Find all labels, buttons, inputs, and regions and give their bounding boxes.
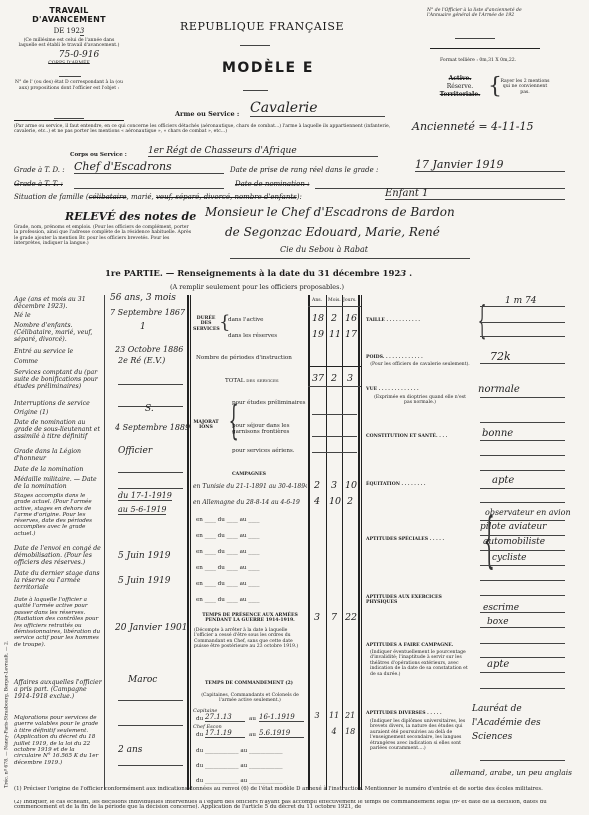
date-nomination-label: Date de nomination : bbox=[235, 180, 309, 188]
commandement-note: (Capitaines, Commandants et Colonels de … bbox=[194, 693, 306, 704]
campagnes-label: CAMPAGNES bbox=[232, 472, 266, 477]
corps-service-value: 1er Régt de Chasseurs d'Afrique bbox=[148, 146, 378, 157]
quitte-active-label: Date à laquelle l'officier a quitté l'ar… bbox=[14, 597, 102, 648]
commandement-row-3: du ____________ au ____________ bbox=[196, 748, 283, 754]
campagne-2-mois: 10 bbox=[329, 496, 339, 507]
arme-note: (Par arme ou service, il faut entendre, … bbox=[14, 124, 414, 135]
presence-title: TEMPS DE PRÉSENCE AUX ARMÉES PENDANT LA … bbox=[194, 613, 306, 624]
republique-title: REPUBLIQUE FRANÇAISE bbox=[180, 20, 344, 33]
col-header-jours: Jours. bbox=[343, 298, 357, 303]
partie-subtitle: (A remplir seulement pour les officiers … bbox=[170, 283, 344, 291]
date-sous-lieutenant-value: 4 Septembre 1889 bbox=[115, 423, 190, 432]
col-header-mois: Mois. bbox=[328, 298, 341, 303]
annuaire-note: N° de l'Officier à la liste d'ancienneté… bbox=[427, 8, 547, 19]
status-territoriale: Territoriale. bbox=[430, 91, 490, 99]
enfants-value: 1 bbox=[140, 322, 146, 332]
aptitudes-campagne-note: (Indiquer éventuellement le pourcentage … bbox=[370, 650, 470, 677]
date-rang-label: Date de prise de rang réel dans le grade… bbox=[230, 166, 378, 174]
famille-value: Enfant 1 bbox=[385, 188, 565, 200]
total-ans: 37 bbox=[312, 373, 322, 384]
dernier-stage-value: 5 Juin 1919 bbox=[118, 576, 170, 586]
vue-value: normale bbox=[478, 384, 520, 395]
aptitude-langues: allemand, arabe, un peu anglais bbox=[450, 768, 572, 777]
ne-le-label: Né le bbox=[14, 312, 102, 319]
majorations-guerre-value: 2 ans bbox=[118, 745, 142, 755]
partie-title: 1re PARTIE. — Renseignements à la date d… bbox=[105, 269, 412, 279]
date-sous-lieutenant-label: Date de nomination au grade de sous-lieu… bbox=[14, 419, 102, 440]
status-block: Active. Réserve. Territoriale. bbox=[430, 75, 490, 99]
stages-du: du 17-1-1919 bbox=[118, 491, 172, 501]
legion-honneur-label: Grade dans la Légion d'honneur bbox=[14, 448, 102, 462]
presence-ans: 3 bbox=[312, 612, 322, 623]
aptitude-speciale-4: cycliste bbox=[492, 553, 526, 563]
duree-active-ans: 18 bbox=[312, 313, 322, 324]
aptitudes-campagne-label: APTITUDES A FAIRE CAMPAGNE. bbox=[366, 643, 453, 648]
vue-label: VUE . . . . . . . . . . . . . bbox=[366, 387, 419, 392]
campagne-2-jours: 2 bbox=[345, 496, 355, 507]
date-rang-value: 17 Janvier 1919 bbox=[415, 158, 565, 172]
corps-number: 75-0-916 bbox=[34, 50, 124, 60]
majoration-frontieres: pour séjour dans les garnisons frontière… bbox=[232, 423, 307, 436]
legion-honneur-value: Officier bbox=[118, 446, 152, 456]
campagne-1-text: en Tunisie du 21-1-1891 au 30-4-1894 bbox=[193, 483, 307, 490]
commandement-title: TEMPS DE COMMANDEMENT (2) bbox=[205, 681, 293, 686]
taille-value: 1 m 74 bbox=[505, 296, 536, 306]
demobilisation-label: Date de l'envoi en congé de démobilisati… bbox=[14, 545, 102, 566]
demobilisation-value: 5 Juin 1919 bbox=[118, 551, 170, 561]
modele-title: MODÈLE E bbox=[222, 60, 314, 76]
total-mois: 2 bbox=[329, 373, 339, 384]
origine-value: S. bbox=[145, 404, 154, 414]
campagne-3-text: en ____ du ____ au ____ bbox=[196, 517, 260, 523]
majorations-guerre-label: Majorations pour services de guerre vala… bbox=[14, 715, 102, 766]
total-label: TOTAL des services bbox=[225, 378, 279, 384]
duree-reserves-jours: 17 bbox=[345, 329, 355, 340]
arme-label: Arme ou Service : bbox=[175, 110, 239, 118]
age-label: Age (ans et mois au 31 décembre 1923). bbox=[14, 296, 102, 310]
grade-td-label: Grade à T. D. : bbox=[14, 166, 65, 174]
aptitudes-diverses-note: (Indiquer les diplômes universitaires, l… bbox=[370, 719, 470, 751]
duree-active-label: dans l'active bbox=[228, 317, 263, 323]
anciennete: Ancienneté = 4-11-15 bbox=[412, 120, 533, 133]
status-reserve: Réserve. bbox=[430, 83, 490, 91]
aptitudes-diverses-label: APTITUDES DIVERSES . . . . . bbox=[366, 711, 442, 716]
constitution-label: CONSTITUTION ET SANTÉ. . . . bbox=[366, 434, 447, 439]
famille-line: Situation de famille (célibataire, marié… bbox=[14, 193, 302, 201]
aptitude-diverse-2: l'Académie des bbox=[472, 718, 541, 728]
age-value: 56 ans, 3 mois bbox=[110, 293, 176, 303]
commandement-row-4: du ____________ au ____________ bbox=[196, 763, 283, 769]
aptitude-speciale-3: automobiliste bbox=[483, 537, 545, 547]
aptitudes-speciales-label: APTITUDES SPÉCIALES . . . . . bbox=[366, 537, 444, 542]
releve-note: Grade, nom, prénoms et emplois. (Pour le… bbox=[14, 225, 194, 247]
affaires-label: Affaires auxquelles l'officier a pris pa… bbox=[14, 679, 102, 700]
campagne-2-ans: 4 bbox=[312, 496, 322, 507]
medaille-label: Médaille militaire. — Date de la nominat… bbox=[14, 476, 102, 490]
date-nomination-lh-label: Date de la nomination bbox=[14, 466, 102, 473]
poids-label: POIDS. . . . . . . . . . . . . bbox=[366, 355, 423, 360]
equitation-label: ÉQUITATION . . . . . . . . bbox=[366, 482, 426, 487]
millesime-note: (Ce millésime est celui de l'année dans … bbox=[14, 38, 124, 49]
duree-active-mois: 2 bbox=[329, 313, 339, 324]
side-imprint: Tréc. nº 678. — Nancy-Paris-Strasbourg, … bbox=[4, 618, 9, 788]
corps-label: CORPS D'ARMÉE bbox=[14, 61, 124, 66]
majoration-etudes: pour études préliminaires bbox=[232, 400, 307, 406]
entre-service-value: 23 Octobre 1886 bbox=[115, 345, 183, 354]
duree-reserves-ans: 19 bbox=[312, 329, 322, 340]
constitution-value: bonne bbox=[482, 428, 513, 439]
duree-reserves-label: dans les réserves bbox=[228, 333, 277, 339]
releve-name-2: de Segonzac Edouard, Marie, René bbox=[225, 225, 440, 239]
aptitude-diverse-1: Lauréat de bbox=[472, 704, 522, 714]
grade-tt-label: Grade à T. T. : bbox=[14, 180, 63, 188]
campagne-2-text: en Allemagne du 28-8-14 au 4-6-19 bbox=[193, 499, 307, 506]
entre-service-label: Entré au service le bbox=[14, 348, 102, 355]
stages-au: au 5-6-1919 bbox=[118, 505, 166, 515]
comme-value: 2e Ré (E.V.) bbox=[118, 356, 165, 365]
grade-td-value: Chef d'Escadrons bbox=[74, 160, 224, 174]
releve-name-1: Monsieur le Chef d'Escadrons de Bardon bbox=[205, 205, 455, 219]
total-jours: 3 bbox=[345, 373, 355, 384]
travail-year: DE 1923 bbox=[14, 27, 124, 35]
taille-label: TAILLE . . . . . . . . . . . bbox=[366, 318, 420, 323]
footnote-1: (1) Préciser l'origine de l'officier con… bbox=[14, 787, 574, 792]
aptitudes-campagne-value: apte bbox=[487, 659, 509, 670]
releve-name-3: Cie du Sebou à Rabat bbox=[280, 245, 368, 254]
affaires-value: Maroc bbox=[128, 675, 157, 685]
aptitudes-physiques-label: APTITUDES AUX EXERCICES PHYSIQUES bbox=[366, 595, 471, 606]
interruptions-label: Interruptions de service bbox=[14, 400, 102, 407]
presence-jours: 22 bbox=[345, 612, 355, 623]
aptitude-speciale-1: observateur en avion bbox=[485, 508, 571, 517]
enfants-label: Nombre d'enfants. (Célibataire, marié, v… bbox=[14, 322, 102, 343]
periodes-label: Nombre de périodes d'instruction bbox=[196, 355, 292, 361]
campagne-1-jours: 10 bbox=[345, 480, 355, 491]
aptitude-diverse-3: Sciences bbox=[472, 732, 512, 742]
commandement-row-5: du ____________ au ____________ bbox=[196, 778, 283, 784]
poids-value: 72k bbox=[490, 350, 511, 363]
quitte-active-value: 20 Janvier 1901 bbox=[115, 623, 187, 633]
col-header-ans: Ans. bbox=[312, 298, 322, 303]
duree-label: DURÉE DES SERVICES bbox=[193, 316, 219, 332]
campagne-7-text: en ____ du ____ au ____ bbox=[196, 581, 260, 587]
aptitude-speciale-2: pilote aviateur bbox=[480, 522, 546, 532]
arme-value: Cavalerie bbox=[250, 100, 385, 117]
presence-note: (Décompte à arrêter à la date à laquelle… bbox=[194, 628, 306, 650]
travail-block: TRAVAIL D'AVANCEMENT DE 1923 (Ce millési… bbox=[14, 6, 124, 91]
format-note: Format tellière : 0m,31 X 0m,22. bbox=[440, 58, 516, 63]
equitation-value: apte bbox=[492, 475, 514, 486]
campagne-1-mois: 3 bbox=[329, 480, 339, 491]
corps-service-label: Corps ou Service : bbox=[70, 152, 127, 158]
status-active: Active. bbox=[430, 75, 490, 83]
duree-active-jours: 16 bbox=[345, 313, 355, 324]
majoration-aeriens: pour services aériens. bbox=[232, 448, 307, 454]
services-comptant-label: Services comptant du (par suite de bonif… bbox=[14, 369, 102, 390]
origine-label: Origine (1) bbox=[14, 409, 102, 416]
vue-note: (Exprimée en dioptries quand elle n'est … bbox=[370, 395, 470, 406]
rayer-note: Rayer les 2 mentions qui ne conviennent … bbox=[500, 79, 550, 95]
footnote-2: (2) Indiquer, le cas échéant, les décisi… bbox=[14, 800, 584, 814]
campagne-5-text: en ____ du ____ au ____ bbox=[196, 549, 260, 555]
campagne-8-text: en ____ du ____ au ____ bbox=[196, 597, 260, 603]
etat-note: N° de l' (ou des) état D correspondant à… bbox=[14, 80, 124, 91]
duree-reserves-mois: 11 bbox=[329, 329, 339, 340]
ne-le-value: 7 Septembre 1867 bbox=[110, 308, 185, 317]
campagne-4-text: en ____ du ____ au ____ bbox=[196, 533, 260, 539]
travail-title: TRAVAIL D'AVANCEMENT bbox=[14, 6, 124, 24]
campagne-1-ans: 2 bbox=[312, 480, 322, 491]
releve-title: RELEVÉ des notes de bbox=[65, 210, 196, 223]
poids-note: (Pour les officiers de cavalerie seuleme… bbox=[370, 362, 470, 367]
majorations-label: MAJORATIONS bbox=[193, 420, 219, 431]
presence-mois: 7 bbox=[329, 612, 339, 623]
dernier-stage-label: Date du dernier stage dans la réserve ou… bbox=[14, 570, 102, 591]
aptitude-physique-2: boxe bbox=[487, 617, 509, 627]
campagne-6-text: en ____ du ____ au ____ bbox=[196, 565, 260, 571]
document-page: TRAVAIL D'AVANCEMENT DE 1923 (Ce millési… bbox=[0, 0, 589, 815]
comme-label: Comme bbox=[14, 358, 102, 365]
stages-label: Stages accomplis dans le grade actuel. (… bbox=[14, 493, 102, 537]
